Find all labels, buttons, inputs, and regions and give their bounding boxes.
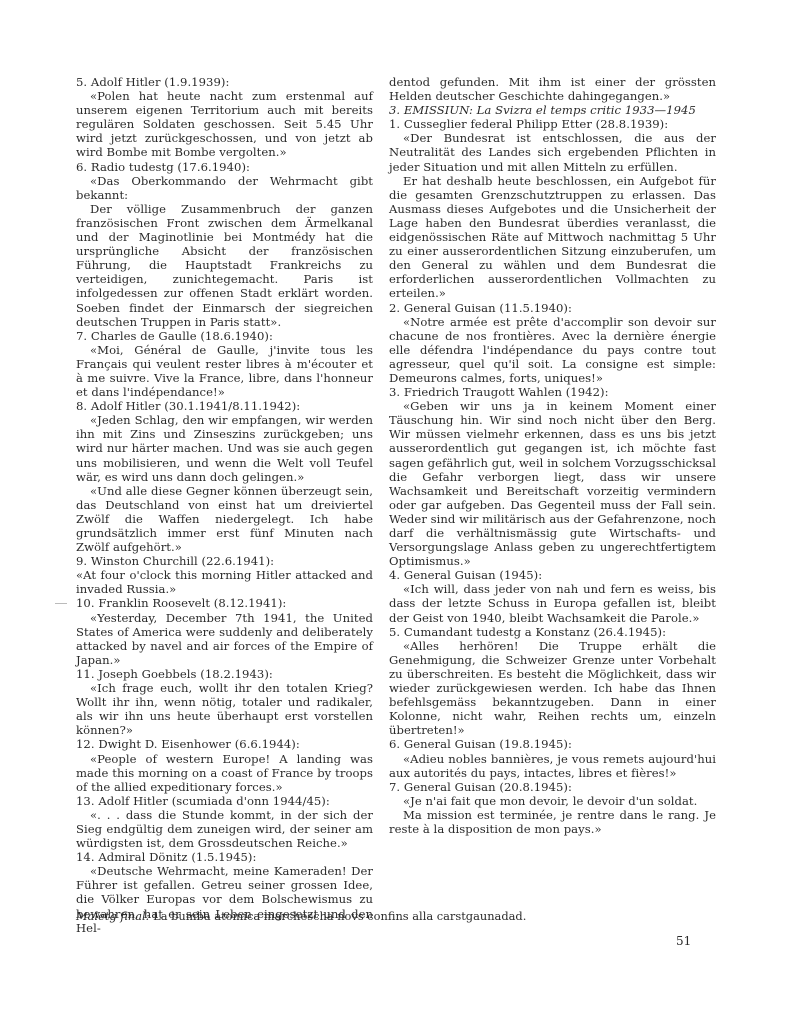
- footer-text: La bumba atomica marchescha novs confins…: [150, 909, 527, 923]
- entry-heading: 6. Radio tudestg (17.6.1940):: [76, 160, 373, 174]
- continued-paragraph: dentod gefunden. Mit ihm ist einer der g…: [389, 75, 716, 103]
- quote-paragraph: «Yesterday, December 7th 1941, the Unite…: [76, 611, 373, 667]
- scan-artifact-mark: [55, 603, 67, 604]
- quote-paragraph: «Moi, Général de Gaulle, j'invite tous l…: [76, 343, 373, 399]
- entry-heading: 11. Joseph Goebbels (18.2.1943):: [76, 667, 373, 681]
- quote-paragraph: «People of western Europe! A landing was…: [76, 752, 373, 794]
- quote-paragraph: «Polen hat heute nacht zum erstenmal auf…: [76, 89, 373, 159]
- quote-paragraph: «Geben wir uns ja in keinem Moment einer…: [389, 399, 716, 568]
- entry-heading: 2. General Guisan (11.5.1940):: [389, 301, 716, 315]
- quote-paragraph: «Jeden Schlag, den wir empfangen, wir we…: [76, 413, 373, 483]
- right-column: dentod gefunden. Mit ihm ist einer der g…: [389, 75, 716, 836]
- section-title: 3. EMISSIUN: La Svizra el temps critic 1…: [389, 103, 716, 117]
- quote-paragraph: Der völlige Zusammenbruch der ganzen fra…: [76, 202, 373, 329]
- quote-paragraph: «At four o'clock this morning Hitler att…: [76, 568, 373, 596]
- quote-paragraph: «Je n'ai fait que mon devoir, le devoir …: [389, 794, 716, 808]
- entry-heading: 7. Charles de Gaulle (18.6.1940):: [76, 329, 373, 343]
- quote-paragraph: «Notre armée est prête d'accomplir son d…: [389, 315, 716, 385]
- entry-heading: 8. Adolf Hitler (30.1.1941/8.11.1942):: [76, 399, 373, 413]
- entry-heading: 6. General Guisan (19.8.1945):: [389, 737, 716, 751]
- entry-heading: 1. Cusseglier federal Philipp Etter (28.…: [389, 117, 716, 131]
- entry-heading: 13. Adolf Hitler (scumiada d'onn 1944/45…: [76, 794, 373, 808]
- page-number: 51: [676, 934, 691, 948]
- quote-paragraph: «Ich frage euch, wollt ihr den totalen K…: [76, 681, 373, 737]
- entry-heading: 3. Friedrich Traugott Wahlen (1942):: [389, 385, 716, 399]
- quote-paragraph: Er hat deshalb heute beschlossen, ein Au…: [389, 174, 716, 301]
- quote-paragraph: «. . . dass die Stunde kommt, in der sic…: [76, 808, 373, 850]
- left-column: 5. Adolf Hitler (1.9.1939): «Polen hat h…: [76, 75, 373, 935]
- footer-note: Maletg final: La bumba atomica marchesch…: [76, 909, 716, 923]
- entry-heading: 9. Winston Churchill (22.6.1941):: [76, 554, 373, 568]
- entry-heading: 10. Franklin Roosevelt (8.12.1941):: [76, 596, 373, 610]
- entry-heading: 12. Dwight D. Eisenhower (6.6.1944):: [76, 737, 373, 751]
- quote-paragraph: «Deutsche Wehrmacht, meine Kameraden! De…: [76, 864, 373, 934]
- quote-paragraph: «Adieu nobles bannières, je vous remets …: [389, 752, 716, 780]
- footer-label: Maletg final:: [76, 909, 150, 923]
- entry-heading: 5. Adolf Hitler (1.9.1939):: [76, 75, 373, 89]
- entry-heading: 7. General Guisan (20.8.1945):: [389, 780, 716, 794]
- quote-paragraph: «Der Bundesrat ist entschlossen, die aus…: [389, 131, 716, 173]
- quote-paragraph: «Ich will, dass jeder von nah und fern e…: [389, 582, 716, 624]
- entry-heading: 14. Admiral Dönitz (1.5.1945):: [76, 850, 373, 864]
- quote-paragraph: «Das Oberkommando der Wehrmacht gibt bek…: [76, 174, 373, 202]
- quote-paragraph: Ma mission est terminée, je rentre dans …: [389, 808, 716, 836]
- quote-paragraph: «Alles herhören! Die Truppe erhält die G…: [389, 639, 716, 738]
- entry-heading: 4. General Guisan (1945):: [389, 568, 716, 582]
- entry-heading: 5. Cumandant tudestg a Konstanz (26.4.19…: [389, 625, 716, 639]
- quote-paragraph: «Und alle diese Gegner können überzeugt …: [76, 484, 373, 554]
